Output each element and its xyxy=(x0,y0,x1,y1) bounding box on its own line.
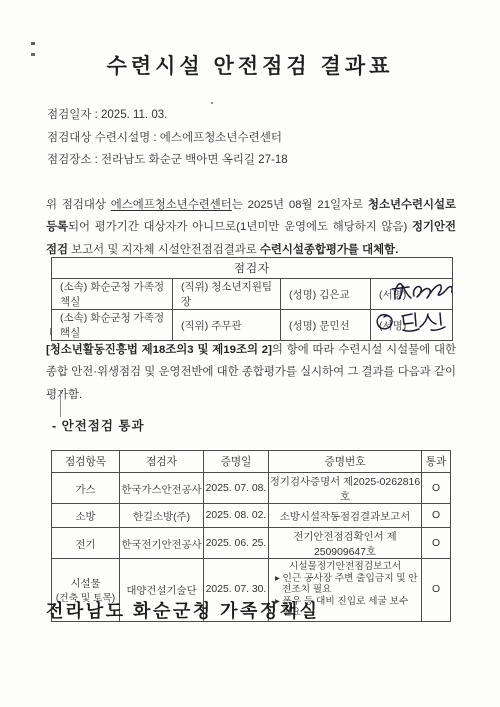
cert-date-cell: 2025. 07. 08. xyxy=(204,473,269,504)
inspector-table: 점검자 (소속) 화순군청 가족정책실 (직위) 청소년지원팀장 (성명) 김은… xyxy=(51,257,453,341)
result-row-gas: 가스 한국가스안전공사 2025. 07. 08. 정기검사증명서 제2025-… xyxy=(52,473,451,504)
inspection-location-line: 점검장소 : 전라남도 화순군 백아면 옥리길 27-18 xyxy=(47,149,288,172)
inspector-table-title: 점검자 xyxy=(52,258,453,279)
cert-number-cell: 정기검사증명서 제2025-0262816호 xyxy=(269,473,422,504)
scan-speck xyxy=(31,42,35,45)
page-title: 수련시설 안전점검 결과표 xyxy=(0,50,500,80)
inspector-name: (성명) 김은교 xyxy=(281,279,371,310)
inspection-date-line: 점검일자 : 2025. 11. 03. xyxy=(47,104,288,127)
p1-text: 되어 평가기간 대상자가 아니므로(1년미만 운영에도 해당하지 않음) xyxy=(68,221,412,233)
result-row-electric: 전기 한국전기안전공사 2025. 06. 25. 전기안전점검확인서 제250… xyxy=(52,528,451,559)
signature-label: (서명) xyxy=(379,289,406,301)
inspector-table-title-row: 점검자 xyxy=(52,258,453,279)
col-header-cert-number: 증명번호 xyxy=(269,451,422,473)
col-header-cert-date: 증명일 xyxy=(204,451,269,473)
section-heading: - 안전점검 통과 xyxy=(52,416,145,434)
inspection-target-line: 점검대상 수련시설명 : 에스에프청소년수련센터 xyxy=(47,127,288,150)
result-table-header-row: 점검항목 점검자 증명일 증명번호 통과 xyxy=(52,451,451,473)
col-header-item: 점검항목 xyxy=(52,451,120,473)
cert-number-cell: 소방시설작동점검결과보고서 xyxy=(269,504,422,528)
signature-label: (서명) xyxy=(379,320,406,332)
inspector-cell: 한길소방(주) xyxy=(120,504,204,528)
p1-facility-name: 에스에프청소년수련센터 xyxy=(111,199,232,211)
p1-emphasis: 수련시설종합평가를 대체함. xyxy=(260,244,398,256)
law-paragraph: [청소년활동진흥법 제18조의3 및 제19조의 2]의 항에 따라 수련시설 … xyxy=(46,339,456,406)
scan-artifact-line xyxy=(60,390,61,417)
p2-law-reference: [청소년활동진흥법 제18조의3 및 제19조의 2] xyxy=(46,344,272,356)
result-row-fire: 소방 한길소방(주) 2025. 08. 02. 소방시설작동점검결과보고서 O xyxy=(52,504,451,528)
col-header-inspector: 점검자 xyxy=(120,451,204,473)
inspector-cell: 한국가스안전공사 xyxy=(120,473,204,504)
p1-text: 위 점검대상 xyxy=(46,199,111,211)
registration-paragraph: 위 점검대상 에스에프청소년수련센터는 2025년 08월 21일자로 청소년수… xyxy=(46,194,456,261)
col-header-pass: 통과 xyxy=(422,451,451,473)
inspector-position: (직위) 주무관 xyxy=(173,310,281,341)
pass-cell: O xyxy=(422,473,451,504)
p1-text: 는 2025년 08월 21일자로 xyxy=(232,199,368,211)
inspector-signature-cell: (서명) xyxy=(371,279,453,310)
item-line1: 시설물 xyxy=(52,575,119,590)
footer-organization: 전라남도 화순군청 가족정책실 xyxy=(46,597,320,623)
inspector-name: (성명) 문민선 xyxy=(281,310,371,341)
scan-artifact-line xyxy=(61,328,62,335)
cert-number-cell: 전기안전점검확인서 제250909647호 xyxy=(269,528,422,559)
scan-artifact-line xyxy=(50,328,51,335)
cert-title: 시설물정기안전점검보고서 xyxy=(272,561,418,573)
document-page: 수련시설 안전점검 결과표 점검일자 : 2025. 11. 03. 점검대상 … xyxy=(0,0,500,707)
cert-note: ▸ 인근 공사장 주변 출입금지 및 안전조치 필요 xyxy=(272,573,418,596)
inspector-cell: 한국전기안전공사 xyxy=(120,528,204,559)
pass-cell: O xyxy=(422,504,451,528)
inspector-signature-cell: (서명) xyxy=(371,310,453,341)
inspector-position: (직위) 청소년지원팀장 xyxy=(173,279,281,310)
inspector-row: (소속) 화순군청 가족정책실 (직위) 주무관 (성명) 문민선 (서명) xyxy=(52,310,453,341)
item-cell: 전기 xyxy=(52,528,120,559)
inspector-affiliation: (소속) 화순군청 가족정책실 xyxy=(52,279,173,310)
p1-text: 보고서 및 지자체 시설안전점검결과로 xyxy=(68,244,260,256)
item-cell: 소방 xyxy=(52,504,120,528)
cert-date-cell: 2025. 08. 02. xyxy=(204,504,269,528)
pass-cell: O xyxy=(422,559,451,622)
inspection-info-block: 점검일자 : 2025. 11. 03. 점검대상 수련시설명 : 에스에프청소… xyxy=(47,104,288,172)
item-cell: 가스 xyxy=(52,473,120,504)
inspector-affiliation: (소속) 화순군청 가족정책실 xyxy=(52,310,173,341)
pass-cell: O xyxy=(422,528,451,559)
inspector-row: (소속) 화순군청 가족정책실 (직위) 청소년지원팀장 (성명) 김은교 (서… xyxy=(52,279,453,310)
cert-date-cell: 2025. 06. 25. xyxy=(204,528,269,559)
